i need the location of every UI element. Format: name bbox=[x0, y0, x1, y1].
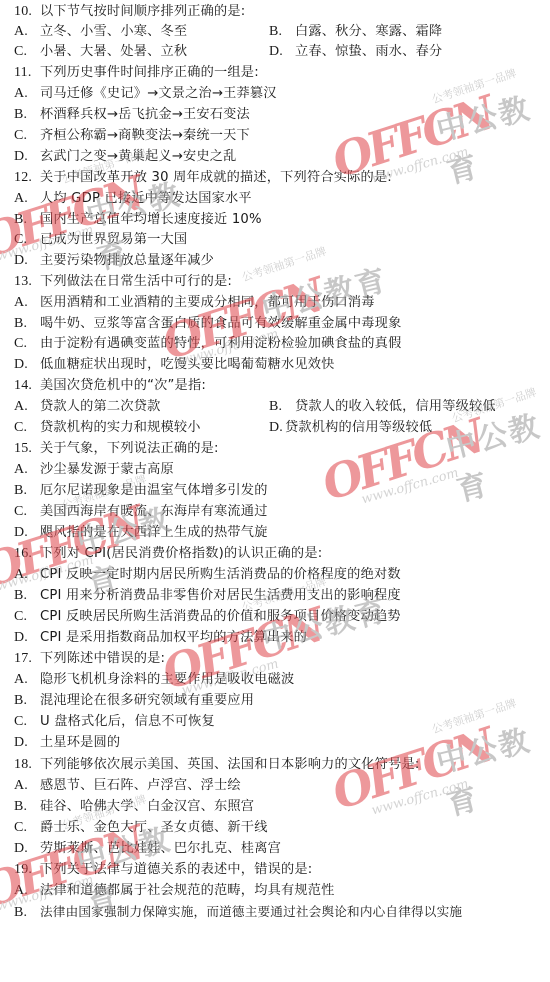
question-14-options-row-2: C.贷款机构的实力和规模较小 D.贷款机构的信用等级较低 bbox=[14, 418, 550, 438]
option-letter: C. bbox=[14, 42, 40, 62]
question-13-option-b: B.喝牛奶、豆浆等富含蛋白质的食品可有效缓解重金属中毒现象 bbox=[14, 314, 401, 334]
question-18-option-d: D.劳斯莱斯、芭比娃娃、巴尔扎克、桂离宫 bbox=[14, 839, 281, 859]
question-number: 12. bbox=[14, 168, 40, 188]
option-letter: D. bbox=[14, 147, 40, 167]
option-letter: C. bbox=[14, 502, 40, 522]
question-18-option-b: B.硅谷、哈佛大学、白金汉宫、东照宫 bbox=[14, 797, 254, 817]
question-19-option-a: A.法律和道德都属于社会规范的范畴，均具有规范性 bbox=[14, 881, 335, 901]
option-letter: B. bbox=[14, 586, 40, 606]
option-text: 由于淀粉有遇碘变蓝的特性，可利用淀粉检验加碘食盐的真假 bbox=[40, 334, 401, 354]
question-number: 11. bbox=[14, 63, 40, 83]
option-text: 喝牛奶、豆浆等富含蛋白质的食品可有效缓解重金属中毒现象 bbox=[40, 314, 401, 334]
question-13-option-c: C.由于淀粉有遇碘变蓝的特性，可利用淀粉检验加碘食盐的真假 bbox=[14, 334, 401, 354]
option-text: CPI 用来分析消费品非零售价对居民生活费用支出的影响程度 bbox=[40, 586, 401, 606]
option-letter: D. bbox=[14, 355, 40, 375]
option-text: 贷款人的第二次贷款 bbox=[40, 397, 161, 417]
option-letter: A. bbox=[14, 565, 40, 585]
question-16-option-a: A.CPI 反映一定时期内居民所购生活消费品的价格程度的绝对数 bbox=[14, 565, 401, 585]
question-16-option-d: D.CPI 是采用指数商品加权平均的方法算出来的 bbox=[14, 628, 307, 648]
option-text: 主要污染物排放总量逐年减少 bbox=[40, 251, 214, 271]
option-letter: D. bbox=[14, 628, 40, 648]
option-text: 法律和道德都属于社会规范的范畴，均具有规范性 bbox=[40, 881, 335, 901]
option-letter: A. bbox=[14, 397, 40, 417]
option-letter: D. bbox=[269, 418, 285, 438]
option-text: 国内生产总值年均增长速度接近 10% bbox=[40, 210, 262, 230]
option-letter: A. bbox=[14, 881, 40, 901]
option-text: 玄武门之变→黄巢起义→安史之乱 bbox=[40, 147, 237, 167]
question-number: 17. bbox=[14, 649, 40, 669]
question-text: 下列能够依次展示美国、英国、法国和日本影响力的文化符号是: bbox=[40, 755, 420, 775]
option-text: 人均 GDP 已接近中等发达国家水平 bbox=[40, 189, 252, 209]
watermark-url: www.offcn.com bbox=[370, 776, 470, 818]
watermark-url: www.offcn.com bbox=[360, 465, 460, 507]
option-letter: B. bbox=[14, 210, 40, 230]
watermark-brand: 中公教育 bbox=[431, 80, 550, 192]
option-letter: B. bbox=[14, 105, 40, 125]
question-11-option-b: B.杯酒释兵权→岳飞抗金→王安石变法 bbox=[14, 105, 250, 125]
question-15-option-d: D.飓风指的是在大西洋上生成的热带气旋 bbox=[14, 523, 268, 543]
option-letter: B. bbox=[14, 481, 40, 501]
option-text: 贷款机构的实力和规模较小 bbox=[40, 418, 201, 438]
question-16-option-c: C.CPI 反映居民所购生活消费品的价值和服务项目价格变动趋势 bbox=[14, 607, 401, 627]
question-text: 关于气象，下列说法正确的是: bbox=[40, 439, 219, 459]
question-13-option-d: D.低血糖症状出现时，吃馒头要比喝葡萄糖水见效快 bbox=[14, 355, 335, 375]
option-letter: B. bbox=[269, 397, 295, 417]
question-18-option-c: C.爵士乐、金色大厅、圣女贞德、新干线 bbox=[14, 818, 268, 838]
option-text: 爵士乐、金色大厅、圣女贞德、新干线 bbox=[40, 818, 268, 838]
option-letter: C. bbox=[14, 418, 40, 438]
watermark-offcn-1: 公考领袖第一品牌 OFFCN 中公教育 www.offcn.com bbox=[330, 70, 550, 180]
question-18-stem: 18.下列能够依次展示美国、英国、法国和日本影响力的文化符号是: bbox=[14, 755, 420, 775]
question-text: 下列对 CPI(居民消费价格指数)的认识正确的是: bbox=[40, 544, 322, 564]
option-text: 厄尔尼诺现象是由温室气体增多引发的 bbox=[40, 481, 268, 501]
question-15-option-c: C.美国西海岸有暖流、东海岸有寒流通过 bbox=[14, 502, 268, 522]
option-text: 飓风指的是在大西洋上生成的热带气旋 bbox=[40, 523, 268, 543]
option-letter: D. bbox=[14, 733, 40, 753]
option-text: 白露、秋分、寒露、霜降 bbox=[295, 22, 442, 42]
option-letter: A. bbox=[14, 460, 40, 480]
option-text: 隐形飞机机身涂料的主要作用是吸收电磁波 bbox=[40, 670, 294, 690]
option-text: 沙尘暴发源于蒙古高原 bbox=[40, 460, 174, 480]
question-18-option-a: A.感恩节、巨石阵、卢浮宫、浮士绘 bbox=[14, 776, 241, 796]
option-text: 混沌理论在很多研究领域有重要应用 bbox=[40, 691, 254, 711]
question-text: 美国次贷危机中的“次”是指: bbox=[40, 376, 206, 396]
option-text: 已成为世界贸易第一大国 bbox=[40, 230, 187, 250]
option-letter: B. bbox=[14, 691, 40, 711]
question-number: 16. bbox=[14, 544, 40, 564]
question-text: 以下节气按时间顺序排列正确的是: bbox=[40, 2, 245, 22]
question-17-option-d: D.土星环是圆的 bbox=[14, 733, 120, 753]
question-15-stem: 15.关于气象，下列说法正确的是: bbox=[14, 439, 219, 459]
option-text: 法律由国家强制力保障实施，而道德主要通过社会舆论和内心自律得以实施 bbox=[40, 902, 462, 922]
question-number: 15. bbox=[14, 439, 40, 459]
option-text: 土星环是圆的 bbox=[40, 733, 120, 753]
option-letter: B. bbox=[14, 314, 40, 334]
question-15-option-b: B.厄尔尼诺现象是由温室气体增多引发的 bbox=[14, 481, 268, 501]
option-letter: C. bbox=[14, 818, 40, 838]
option-letter: B. bbox=[269, 22, 295, 42]
question-16-stem: 16.下列对 CPI(居民消费价格指数)的认识正确的是: bbox=[14, 544, 322, 564]
question-text: 下列关于法律与道德关系的表述中，错误的是: bbox=[40, 860, 312, 880]
option-letter: C. bbox=[14, 607, 40, 627]
option-text: CPI 反映一定时期内居民所购生活消费品的价格程度的绝对数 bbox=[40, 565, 401, 585]
question-19-option-b: B.法律由国家强制力保障实施，而道德主要通过社会舆论和内心自律得以实施 bbox=[14, 902, 462, 922]
watermark-slogan: 公考领袖第一品牌 bbox=[240, 243, 329, 285]
option-text: 杯酒释兵权→岳飞抗金→王安石变法 bbox=[40, 105, 250, 125]
option-letter: B. bbox=[14, 797, 40, 817]
option-letter: A. bbox=[14, 84, 40, 104]
option-letter: C. bbox=[14, 334, 40, 354]
question-11-stem: 11.下列历史事件时间排序正确的一组是: bbox=[14, 63, 259, 83]
question-12-option-c: C.已成为世界贸易第一大国 bbox=[14, 230, 187, 250]
question-text: 关于中国改革开放 30 周年成就的描述，下列符合实际的是: bbox=[40, 168, 392, 188]
question-13-stem: 13.下列做法在日常生活中可行的是: bbox=[14, 272, 232, 292]
question-17-option-a: A.隐形飞机机身涂料的主要作用是吸收电磁波 bbox=[14, 670, 294, 690]
question-14-options-row-1: A.贷款人的第二次贷款 B.贷款人的收入较低，信用等级较低 bbox=[14, 397, 550, 417]
option-text: 美国西海岸有暖流、东海岸有寒流通过 bbox=[40, 502, 268, 522]
question-10-options-row-1: A.立冬、小雪、小寒、冬至 B.白露、秋分、寒露、霜降 bbox=[14, 22, 550, 42]
question-17-stem: 17.下列陈述中错误的是: bbox=[14, 649, 165, 669]
watermark-slogan: 公考领袖第一品牌 bbox=[430, 695, 519, 737]
question-text: 下列历史事件时间排序正确的一组是: bbox=[40, 63, 259, 83]
option-text: 立春、惊蛰、雨水、春分 bbox=[295, 42, 442, 62]
watermark-brand: 中公教育 bbox=[431, 712, 550, 824]
option-text: 贷款机构的信用等级较低 bbox=[285, 418, 432, 438]
question-19-stem: 19.下列关于法律与道德关系的表述中，错误的是: bbox=[14, 860, 312, 880]
question-number: 19. bbox=[14, 860, 40, 880]
question-10-stem: 10.以下节气按时间顺序排列正确的是: bbox=[14, 2, 245, 22]
question-17-option-b: B.混沌理论在很多研究领域有重要应用 bbox=[14, 691, 254, 711]
option-letter: C. bbox=[14, 230, 40, 250]
option-letter: D. bbox=[14, 251, 40, 271]
question-number: 13. bbox=[14, 272, 40, 292]
option-letter: D. bbox=[14, 523, 40, 543]
question-12-option-d: D.主要污染物排放总量逐年减少 bbox=[14, 251, 214, 271]
option-letter: A. bbox=[14, 670, 40, 690]
option-text: 司马迁修《史记》→文景之治→王莽篡汉 bbox=[40, 84, 277, 104]
option-text: CPI 是采用指数商品加权平均的方法算出来的 bbox=[40, 628, 307, 648]
option-letter: A. bbox=[14, 776, 40, 796]
option-text: CPI 反映居民所购生活消费品的价值和服务项目价格变动趋势 bbox=[40, 607, 401, 627]
question-12-stem: 12.关于中国改革开放 30 周年成就的描述，下列符合实际的是: bbox=[14, 168, 392, 188]
question-11-option-a: A.司马迁修《史记》→文景之治→王莽篡汉 bbox=[14, 84, 277, 104]
option-text: 立冬、小雪、小寒、冬至 bbox=[40, 22, 187, 42]
option-letter: A. bbox=[14, 22, 40, 42]
question-text: 下列陈述中错误的是: bbox=[40, 649, 165, 669]
option-letter: C. bbox=[14, 712, 40, 732]
option-letter: A. bbox=[14, 293, 40, 313]
question-15-option-a: A.沙尘暴发源于蒙古高原 bbox=[14, 460, 174, 480]
question-11-option-d: D.玄武门之变→黄巢起义→安史之乱 bbox=[14, 147, 237, 167]
option-text: 贷款人的收入较低，信用等级较低 bbox=[295, 397, 496, 417]
question-16-option-b: B.CPI 用来分析消费品非零售价对居民生活费用支出的影响程度 bbox=[14, 586, 401, 606]
question-number: 10. bbox=[14, 2, 40, 22]
option-text: 医用酒精和工业酒精的主要成分相同，都可用于伤口消毒 bbox=[40, 293, 375, 313]
question-12-option-a: A.人均 GDP 已接近中等发达国家水平 bbox=[14, 189, 252, 209]
option-text: 感恩节、巨石阵、卢浮宫、浮士绘 bbox=[40, 776, 241, 796]
watermark-slogan: 公考领袖第一品牌 bbox=[430, 65, 519, 107]
option-text: U 盘格式化后，信息不可恢复 bbox=[40, 712, 215, 732]
question-14-stem: 14.美国次贷危机中的“次”是指: bbox=[14, 376, 206, 396]
question-13-option-a: A.医用酒精和工业酒精的主要成分相同，都可用于伤口消毒 bbox=[14, 293, 375, 313]
option-text: 硅谷、哈佛大学、白金汉宫、东照宫 bbox=[40, 797, 254, 817]
option-letter: C. bbox=[14, 126, 40, 146]
question-17-option-c: C.U 盘格式化后，信息不可恢复 bbox=[14, 712, 215, 732]
option-letter: D. bbox=[269, 42, 295, 62]
option-letter: B. bbox=[14, 903, 40, 923]
option-text: 低血糖症状出现时，吃馒头要比喝葡萄糖水见效快 bbox=[40, 355, 335, 375]
option-text: 小暑、大暑、处暑、立秋 bbox=[40, 42, 187, 62]
question-10-options-row-2: C.小暑、大暑、处暑、立秋 D.立春、惊蛰、雨水、春分 bbox=[14, 42, 550, 62]
question-11-option-c: C.齐桓公称霸→商鞅变法→秦统一天下 bbox=[14, 126, 250, 146]
option-text: 劳斯莱斯、芭比娃娃、巴尔扎克、桂离宫 bbox=[40, 839, 281, 859]
option-letter: A. bbox=[14, 189, 40, 209]
question-number: 18. bbox=[14, 755, 40, 775]
question-number: 14. bbox=[14, 376, 40, 396]
question-12-option-b: B.国内生产总值年均增长速度接近 10% bbox=[14, 210, 262, 230]
option-letter: D. bbox=[14, 839, 40, 859]
question-text: 下列做法在日常生活中可行的是: bbox=[40, 272, 232, 292]
option-text: 齐桓公称霸→商鞅变法→秦统一天下 bbox=[40, 126, 250, 146]
